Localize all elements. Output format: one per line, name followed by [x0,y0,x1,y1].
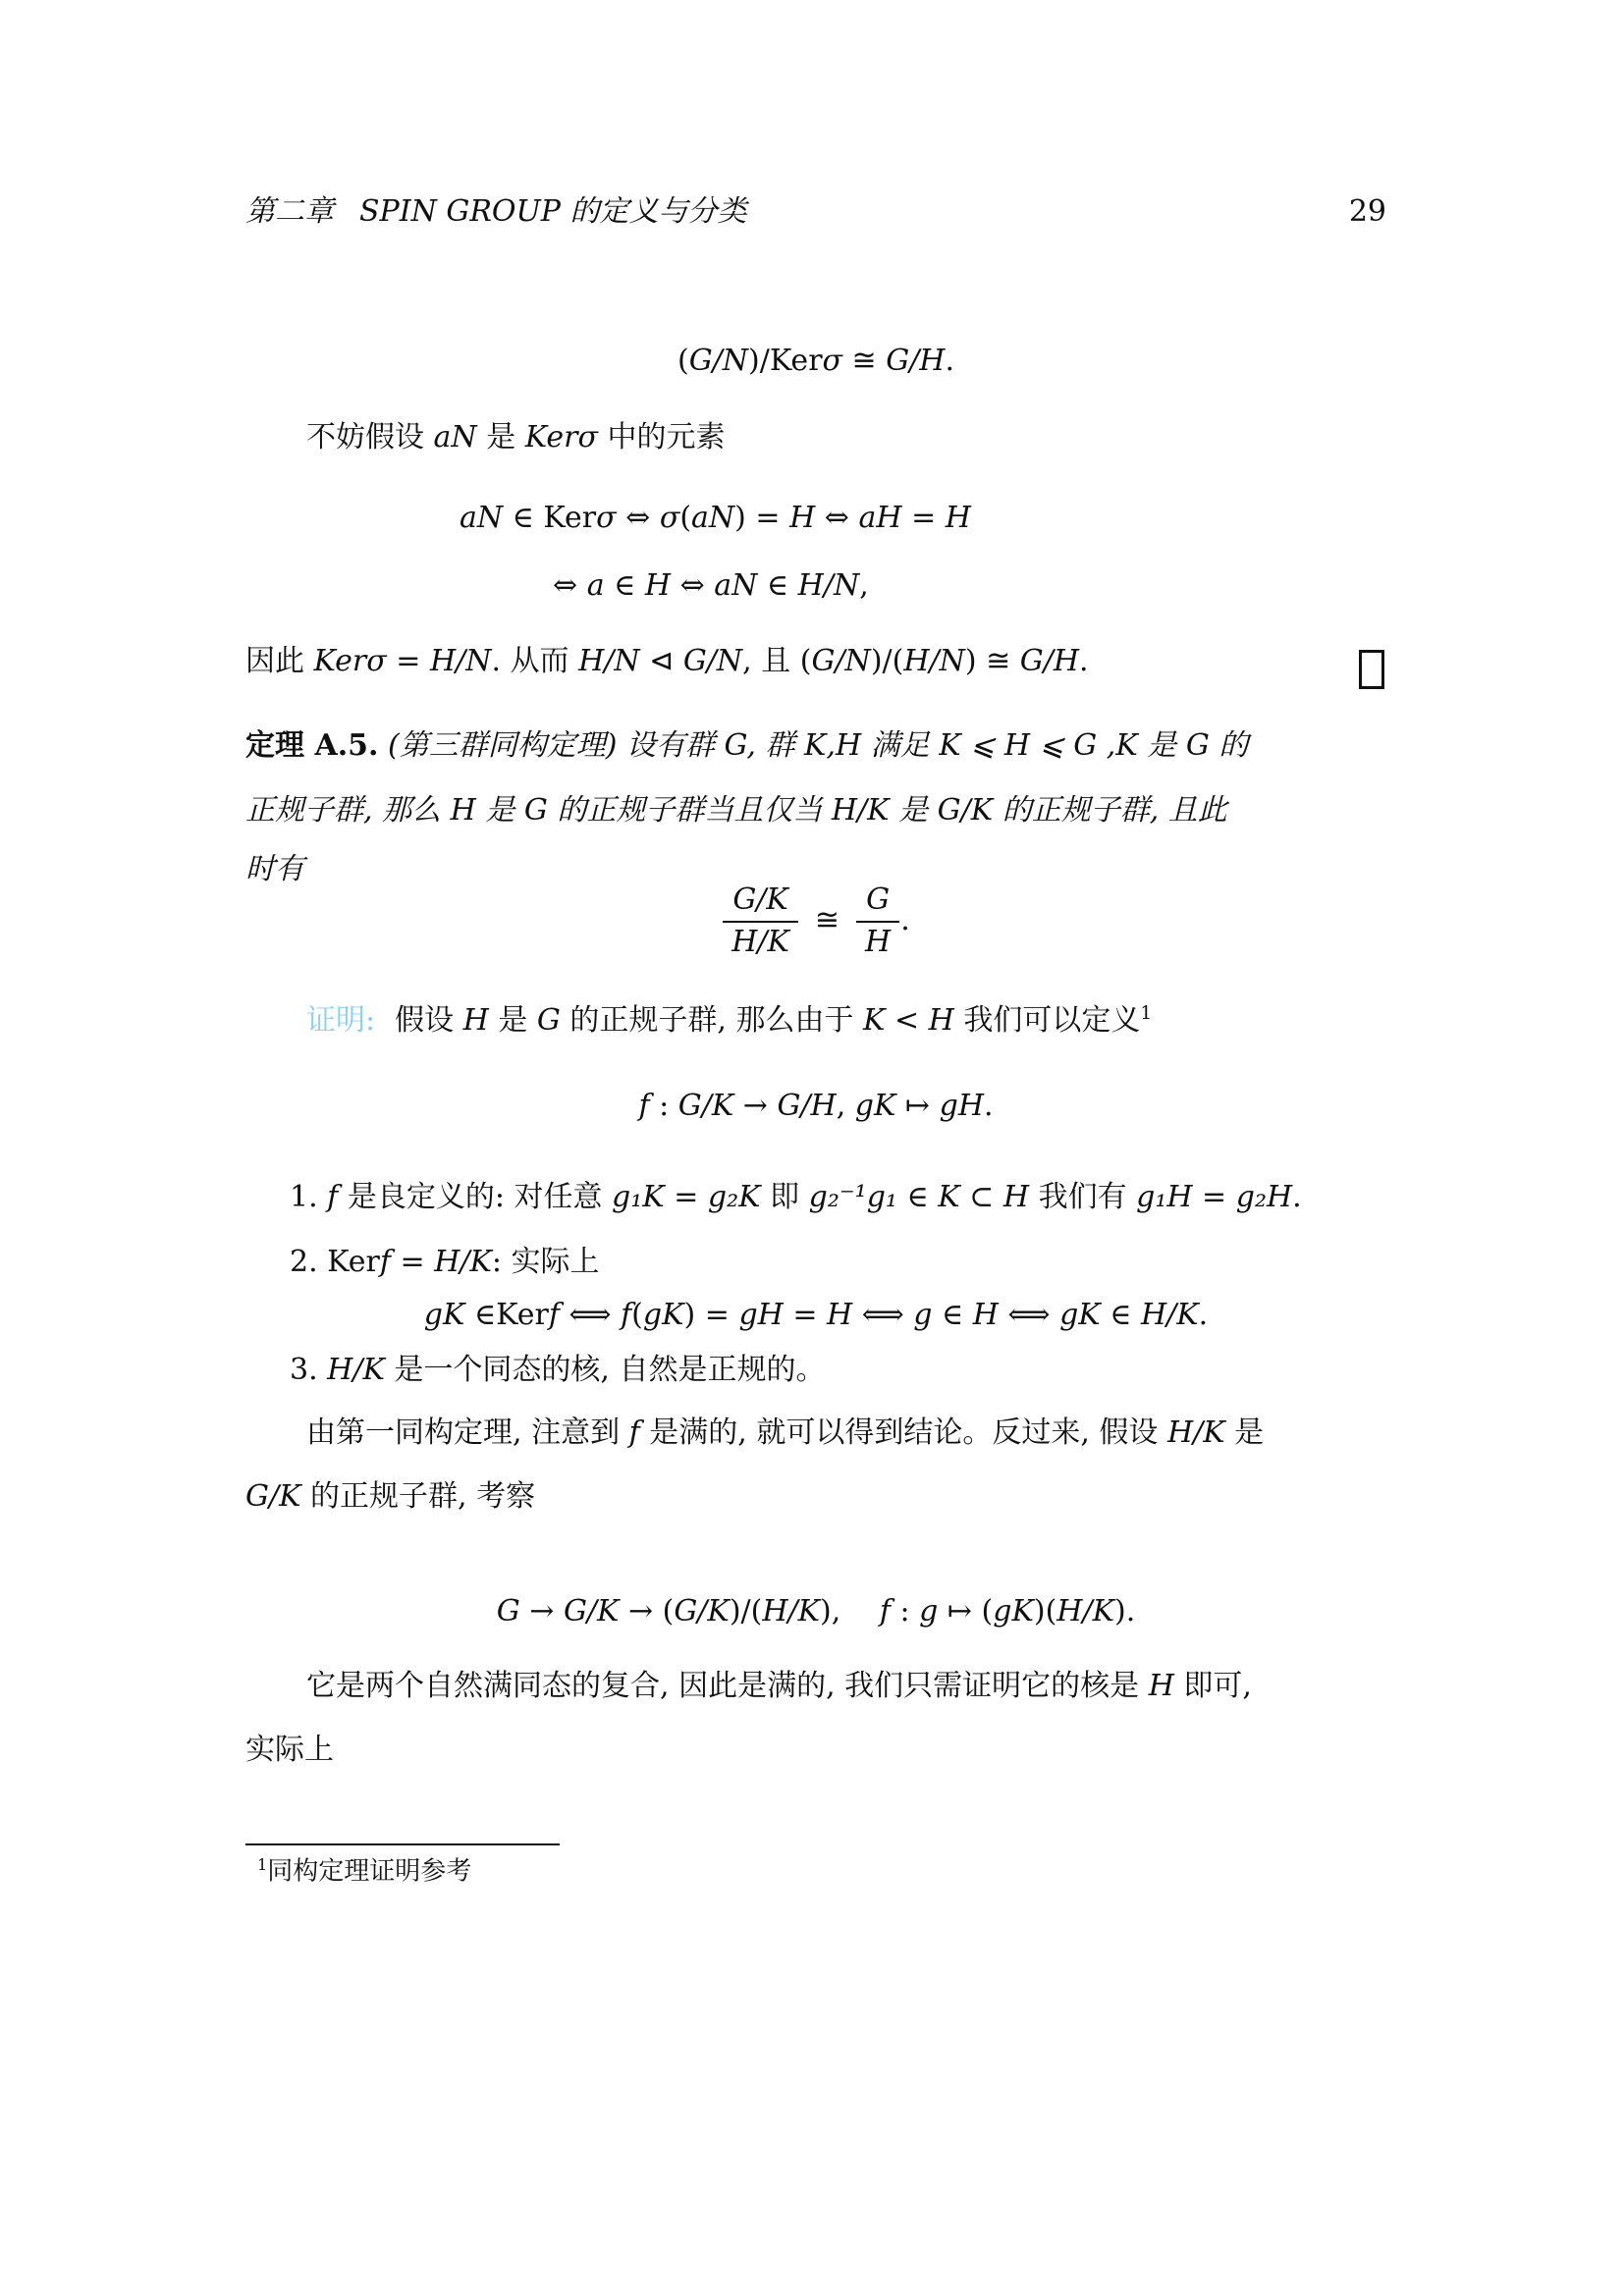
paragraph-final-line1: 它是两个自然满同态的复合, 因此是满的, 我们只需证明它的核是 H 即可, [245,1667,1386,1705]
display-formula-composition: G → G/K → (G/K)/(H/K), f : g ↦ (gK)(H/K)… [245,1592,1386,1630]
list-item-3: 3. H/K 是一个同态的核, 自然是正规的。 [245,1351,1386,1389]
chapter-title: SPIN GROUP 的定义与分类 [359,194,747,229]
theorem-line1: 定理 A.5. (第三群同构定理) 设有群 G, 群 K,H 满足 K ⩽ H … [245,726,1386,765]
qed-box [1359,650,1384,689]
fraction-left-denominator: H/K [722,923,799,960]
proof-label: 证明: [306,1003,375,1038]
page-header: 第二章SPIN GROUP 的定义与分类 29 [245,192,1386,231]
formula-period: . [900,904,910,938]
footnote-text: 同构定理证明参考 [267,1857,471,1887]
page-number: 29 [1349,192,1386,231]
equation-kernel: gK ∈Kerf ⟺ f(gK) = gH = H ⟺ g ∈ H ⟺ gK ∈… [245,1296,1386,1334]
paragraph-reverse-line1: 由第一同构定理, 注意到 f 是满的, 就可以得到结论。反过来, 假设 H/K … [245,1414,1386,1452]
display-formula-quotient-iso: (G/N)/Kerσ ≅ G/H. [245,342,1386,380]
document-page: 第二章SPIN GROUP 的定义与分类 29 (G/N)/Kerσ ≅ G/H… [0,0,1624,2296]
list-item-1: 1. f 是良定义的: 对任意 g₁K = g₂K 即 g₂⁻¹g₁ ∈ K ⊂… [245,1178,1386,1216]
footnote: 1同构定理证明参考 [257,1855,471,1889]
equation-aN-line1: aN ∈ Kerσ ⇔ σ(aN) = H ⇔ aH = H [460,499,971,537]
chapter-number: 第二章 [245,194,334,229]
proof-paragraph: 证明:假设 H 是 G 的正规子群, 那么由于 K < H 我们可以定义1 [245,1001,1386,1040]
fraction-left-numerator: G/K [723,883,797,923]
proof-text: 假设 H 是 G 的正规子群, 那么由于 K < H 我们可以定义1 [395,1003,1152,1038]
paragraph-assume: 不妨假设 aN 是 Kerσ 中的元素 [245,418,1386,456]
paragraph-final-line2: 实际上 [245,1731,1386,1769]
congruence-symbol: ≅ [815,904,839,938]
footnote-rule [245,1843,560,1845]
paragraph-therefore: 因此 Kerσ = H/N. 从而 H/N ⊲ G/N, 且 (G/N)/(H/… [245,642,1386,680]
display-formula-map-f: f : G/K → G/H, gK ↦ gH. [245,1087,1386,1125]
fraction-right-denominator: H [855,923,900,960]
theorem-line2: 正规子群, 那么 H 是 G 的正规子群当且仅当 H/K 是 G/K 的正规子群… [245,791,1386,829]
display-formula-third-iso: G/K H/K ≅ G H . [245,883,1386,959]
fraction-right-numerator: G [856,883,899,923]
footnote-marker: 1 [257,1855,267,1874]
chapter-heading: 第二章SPIN GROUP 的定义与分类 [245,192,747,231]
paragraph-reverse-line2: G/K 的正规子群, 考察 [245,1477,1386,1516]
fraction-right: G H [855,883,900,959]
fraction-left: G/K H/K [722,883,799,959]
equation-aN-line2: ⇔ a ∈ H ⇔ aN ∈ H/N, [553,566,869,605]
list-item-2: 2. Kerf = H/K: 实际上 [245,1243,1386,1281]
